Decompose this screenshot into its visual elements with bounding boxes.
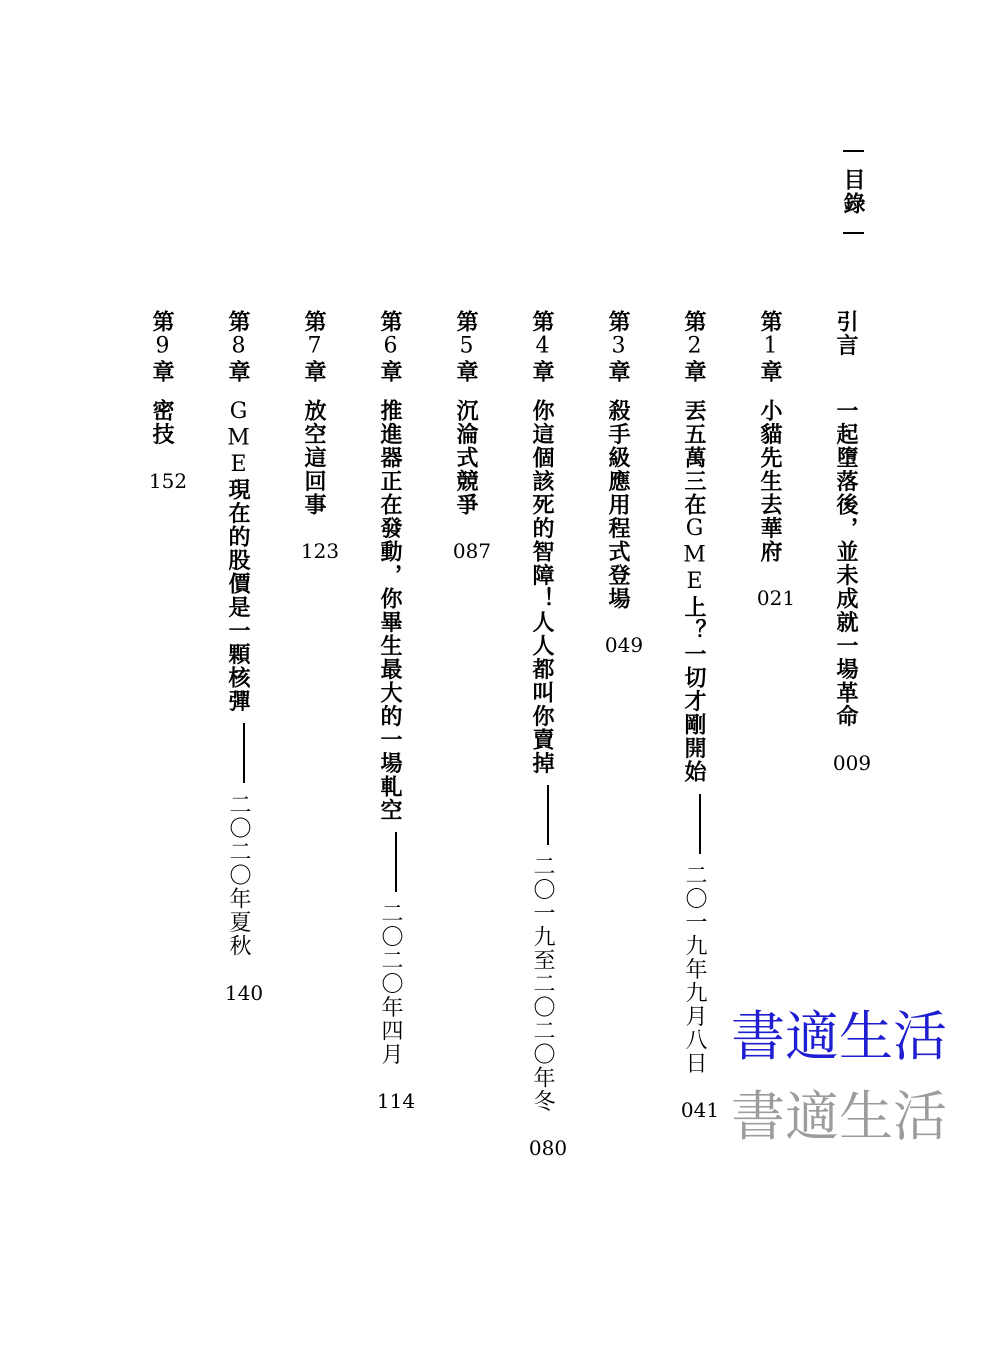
chapter-number: 9 bbox=[150, 334, 175, 361]
chapter-title: 丟五萬三在 bbox=[681, 399, 707, 517]
watermark-secondary: 書適生活 bbox=[731, 1088, 947, 1146]
toc-entry: 第3章殺手級應用程式登場049 bbox=[580, 310, 656, 1355]
chapter-label: 章 bbox=[377, 360, 403, 384]
chapter-title: 殺手級應用程式登場 bbox=[605, 399, 631, 611]
chapter-label: 第 bbox=[225, 310, 251, 334]
chapter-label: 章 bbox=[225, 360, 251, 384]
chapter-title: 沉淪式競爭 bbox=[453, 399, 479, 517]
page-number: 080 bbox=[529, 1137, 567, 1159]
chapter-label: 章 bbox=[453, 360, 479, 384]
page-number: 123 bbox=[301, 540, 339, 562]
chapter-label: 章 bbox=[301, 360, 327, 384]
chapter-label: 第 bbox=[149, 310, 175, 334]
page-number: 041 bbox=[681, 1099, 719, 1121]
page-number: 021 bbox=[757, 587, 795, 609]
chapter-title: 上？一切才剛開始 bbox=[681, 596, 707, 784]
chapter-label: 第 bbox=[453, 310, 479, 334]
chapter-title: 小貓先生去華府 bbox=[757, 399, 783, 564]
chapter-date: 二〇一九年九月八日 bbox=[682, 864, 707, 1076]
table-of-contents: 引言一起墮落後，並未成就一場革命009 第1章小貓先生去華府021 第2章丟五萬… bbox=[122, 0, 884, 1355]
page-number: 152 bbox=[149, 470, 187, 492]
page-number: 087 bbox=[453, 540, 491, 562]
chapter-number: 5 bbox=[454, 334, 479, 361]
toc-entry: 第2章丟五萬三在GME上？一切才剛開始二〇一九年九月八日041 bbox=[656, 310, 732, 1355]
chapter-number: 3 bbox=[606, 334, 631, 361]
chapter-label: 第 bbox=[605, 310, 631, 334]
chapter-label: 第 bbox=[377, 310, 403, 334]
chapter-date: 二〇二〇年四月 bbox=[378, 902, 403, 1067]
chapter-title: 現在的股價是一顆核彈 bbox=[225, 478, 251, 713]
chapter-title: 放空這回事 bbox=[301, 399, 327, 517]
em-dash-line bbox=[699, 794, 701, 854]
chapter-title: 推進器正在發動，你畢生最大的一場軋空 bbox=[377, 399, 403, 822]
chapter-label: 章 bbox=[757, 360, 783, 384]
chapter-date: 二〇一九至二〇二〇年冬 bbox=[530, 855, 555, 1114]
chapter-date: 二〇二〇年夏秋 bbox=[226, 793, 251, 958]
chapter-title: 一起墮落後，並未成就一場革命 bbox=[833, 399, 859, 728]
chapter-title-latin: GME bbox=[226, 399, 251, 479]
page-number: 140 bbox=[225, 982, 263, 1004]
chapter-title-latin: GME bbox=[682, 516, 707, 596]
chapter-label: 第 bbox=[301, 310, 327, 334]
chapter-number: 6 bbox=[378, 334, 403, 361]
chapter-number: 7 bbox=[302, 334, 327, 361]
em-dash-line bbox=[243, 723, 245, 783]
page-number: 049 bbox=[605, 634, 643, 656]
toc-entry: 引言一起墮落後，並未成就一場革命009 bbox=[808, 310, 884, 1355]
chapter-title: 密技 bbox=[149, 399, 175, 446]
toc-entry: 第8章GME現在的股價是一顆核彈二〇二〇年夏秋140 bbox=[200, 310, 276, 1355]
chapter-label: 章 bbox=[681, 360, 707, 384]
chapter-label: 引言 bbox=[833, 310, 859, 357]
page-number: 009 bbox=[833, 752, 871, 774]
toc-entry: 第1章小貓先生去華府021 bbox=[732, 310, 808, 1355]
chapter-label: 章 bbox=[149, 360, 175, 384]
chapter-label: 第 bbox=[757, 310, 783, 334]
watermark-primary: 書適生活 bbox=[731, 1008, 947, 1066]
chapter-title: 你這個該死的智障！人人都叫你賣掉 bbox=[529, 399, 555, 775]
page-number: 114 bbox=[377, 1090, 415, 1112]
toc-entry: 第4章你這個該死的智障！人人都叫你賣掉二〇一九至二〇二〇年冬080 bbox=[504, 310, 580, 1355]
chapter-number: 8 bbox=[226, 334, 251, 361]
toc-entry: 第6章推進器正在發動，你畢生最大的一場軋空二〇二〇年四月114 bbox=[352, 310, 428, 1355]
chapter-number: 4 bbox=[530, 334, 555, 361]
book-toc-page: 目錄 引言一起墮落後，並未成就一場革命009 第1章小貓先生去華府021 第2章… bbox=[0, 0, 1000, 1355]
em-dash-line bbox=[395, 832, 397, 892]
chapter-label: 章 bbox=[529, 360, 555, 384]
chapter-label: 第 bbox=[681, 310, 707, 334]
chapter-label: 第 bbox=[529, 310, 555, 334]
chapter-number: 1 bbox=[758, 334, 783, 361]
chapter-label: 章 bbox=[605, 360, 631, 384]
toc-entry: 第9章密技152 bbox=[124, 310, 200, 1355]
em-dash-line bbox=[547, 785, 549, 845]
chapter-number: 2 bbox=[682, 334, 707, 361]
toc-entry: 第5章沉淪式競爭087 bbox=[428, 310, 504, 1355]
toc-entry: 第7章放空這回事123 bbox=[276, 310, 352, 1355]
